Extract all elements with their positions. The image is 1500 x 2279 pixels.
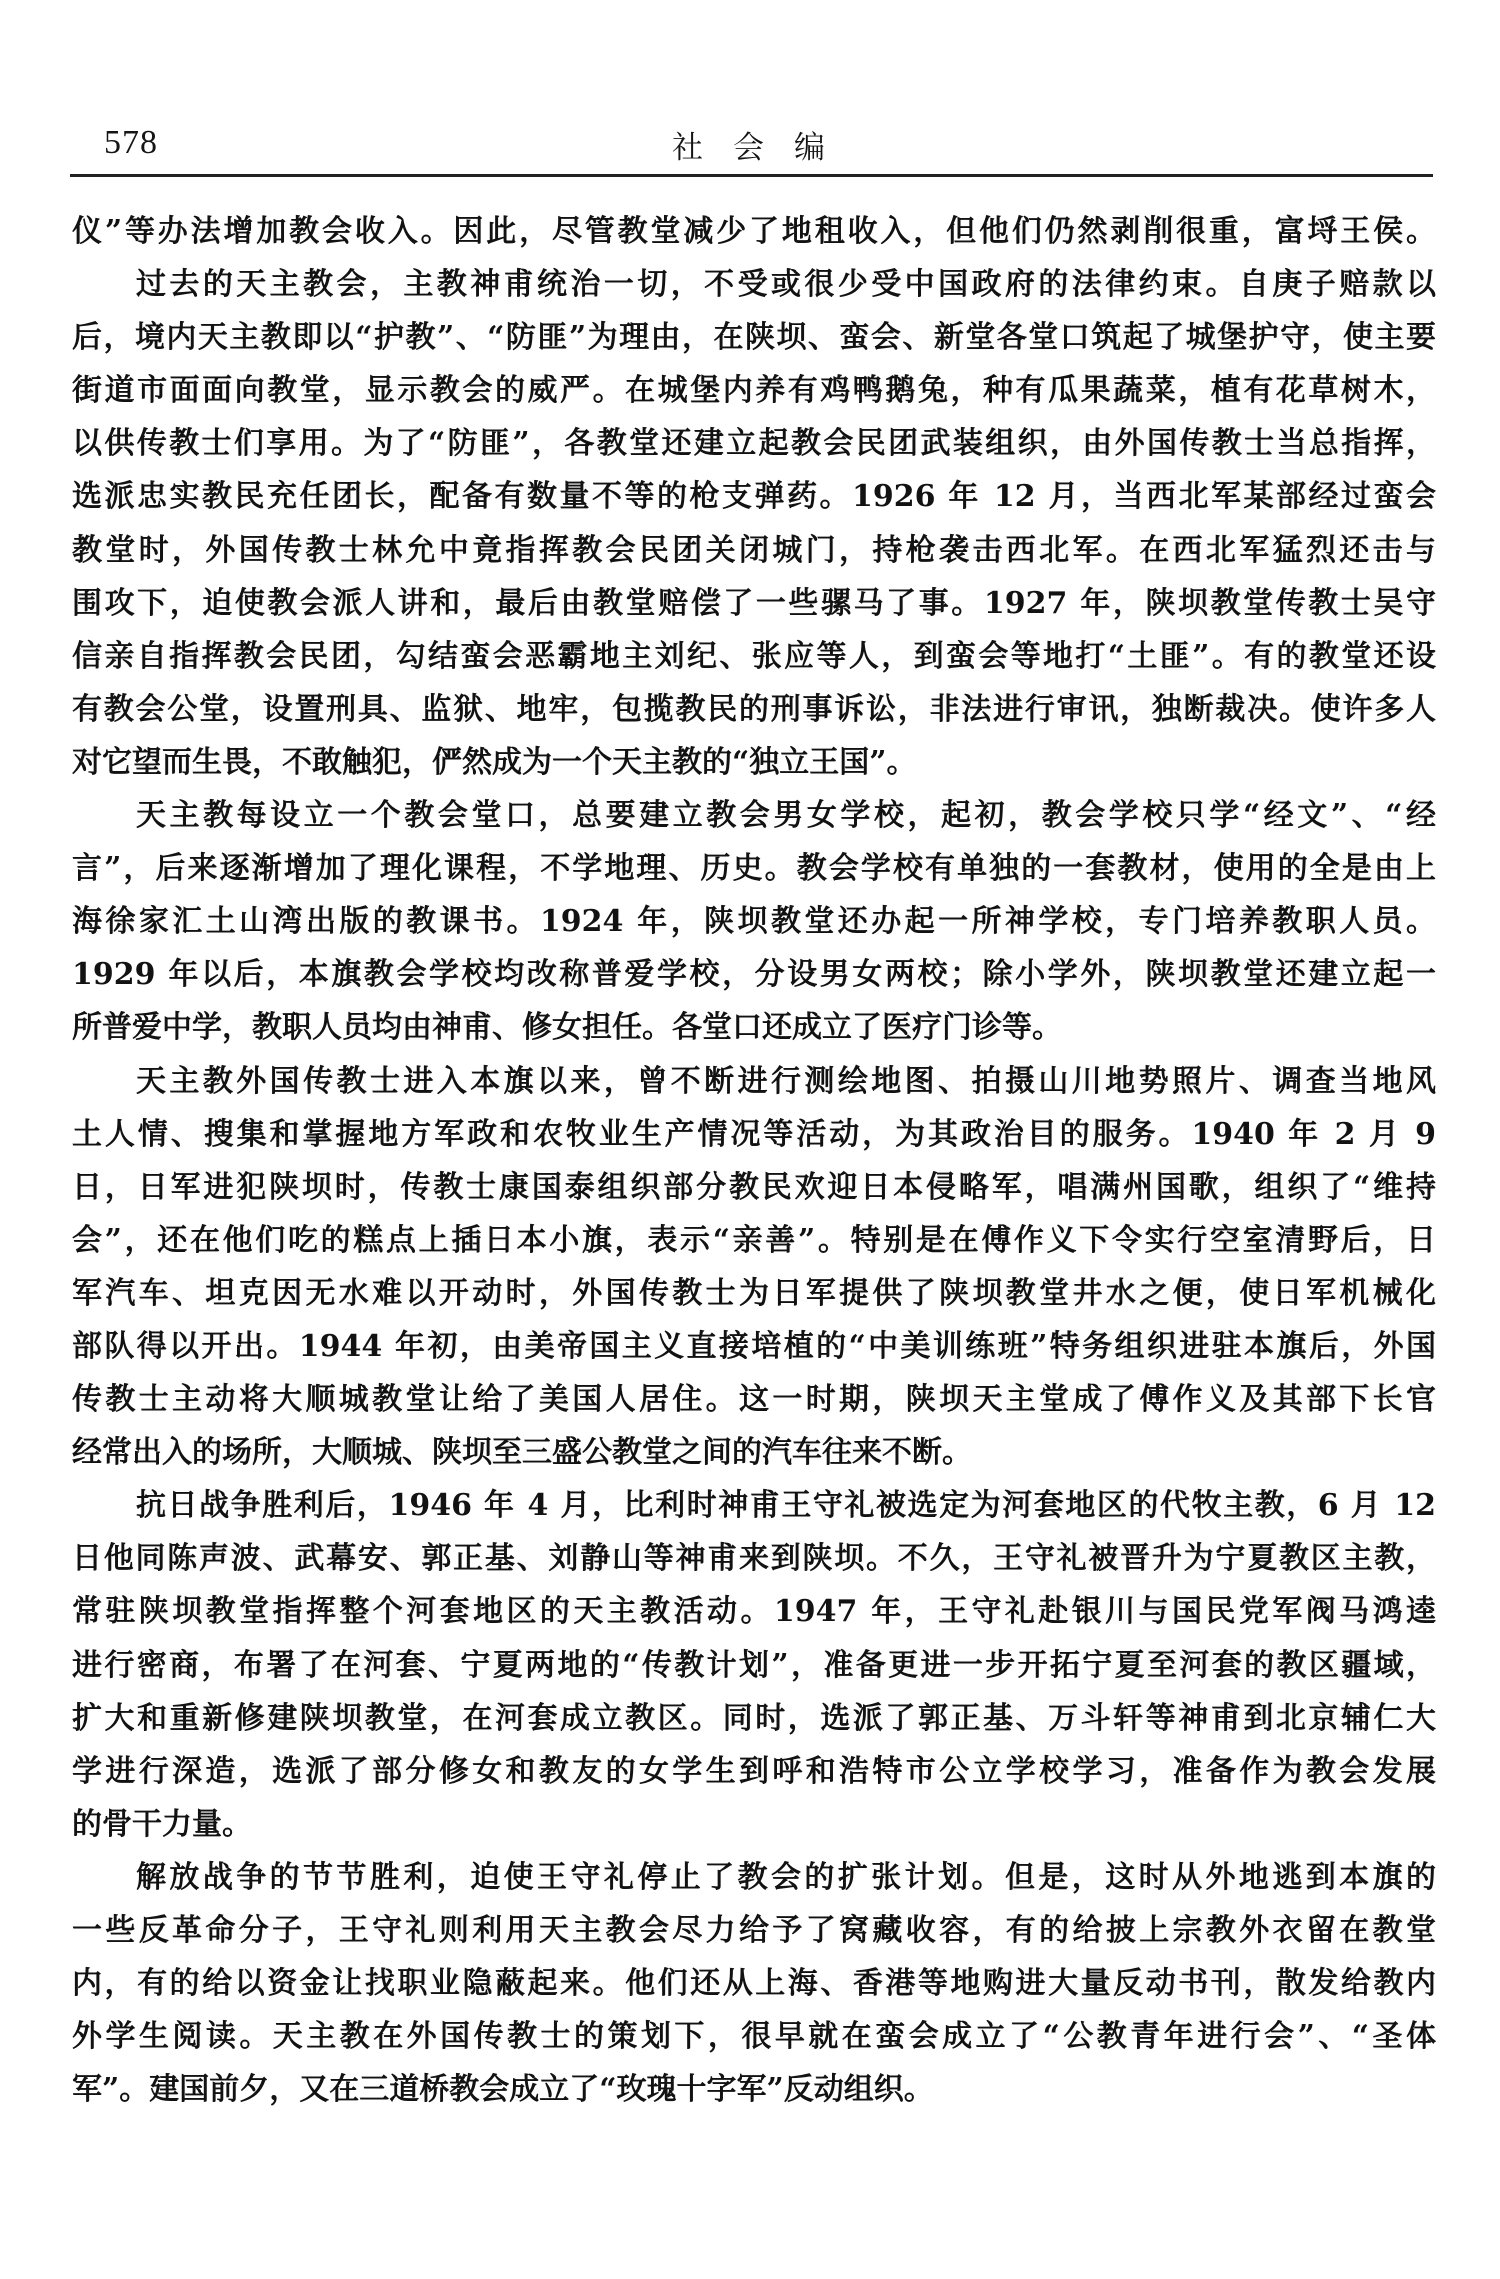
text-line: 1929 年以后，本旗教会学校均改称普爱学校，分设男女两校；除小学外，陕坝教堂还… xyxy=(72,948,1436,1001)
text-line: 抗日战争胜利后，1946 年 4 月，比利时神甫王守礼被选定为河套地区的代牧主教… xyxy=(72,1479,1436,1532)
paragraph: 天主教外国传教士进入本旗以来，曾不断进行测绘地图、拍摄山川地势照片、调查当地风土… xyxy=(72,1055,1436,1480)
text-line: 过去的天主教会，主教神甫统治一切，不受或很少受中国政府的法律约束。自庚子赔款以 xyxy=(72,258,1436,311)
text-line: 对它望而生畏，不敢触犯，俨然成为一个天主教的“独立王国”。 xyxy=(72,736,1436,789)
text-line: 进行密商，布署了在河套、宁夏两地的“传教计划”，准备更进一步开拓宁夏至河套的教区… xyxy=(72,1639,1436,1692)
text-line: 内，有的给以资金让找职业隐蔽起来。他们还从上海、香港等地购进大量反动书刊，散发给… xyxy=(72,1957,1436,2010)
text-line: 会”，还在他们吃的糕点上插日本小旗，表示“亲善”。特别是在傅作义下令实行空室清野… xyxy=(72,1214,1436,1267)
header-rule xyxy=(70,174,1433,177)
text-line: 常驻陕坝教堂指挥整个河套地区的天主教活动。1947 年，王守礼赴银川与国民党军阀… xyxy=(72,1585,1436,1638)
text-line: 以供传教士们享用。为了“防匪”，各教堂还建立起教会民团武装组织，由外国传教士当总… xyxy=(72,417,1436,470)
text-line: 天主教外国传教士进入本旗以来，曾不断进行测绘地图、拍摄山川地势照片、调查当地风 xyxy=(72,1055,1436,1108)
text-line: 土人情、搜集和掌握地方军政和农牧业生产情况等活动，为其政治目的服务。1940 年… xyxy=(72,1108,1436,1161)
text-line: 学进行深造，选派了部分修女和教友的女学生到呼和浩特市公立学校学习，准备作为教会发… xyxy=(72,1745,1436,1798)
paragraph: 解放战争的节节胜利，迫使王守礼停止了教会的扩张计划。但是，这时从外地逃到本旗的一… xyxy=(72,1851,1436,2116)
text-line: 日他同陈声波、武幕安、郭正基、刘静山等神甫来到陕坝。不久，王守礼被晋升为宁夏教区… xyxy=(72,1532,1436,1585)
text-line: 街道市面面向教堂，显示教会的威严。在城堡内养有鸡鸭鹅兔，种有瓜果蔬菜，植有花草树… xyxy=(72,364,1436,417)
text-line: 日，日军进犯陕坝时，传教士康国泰组织部分教民欢迎日本侵略军，唱满州国歌，组织了“… xyxy=(72,1161,1436,1214)
text-line: 信亲自指挥教会民团，勾结蛮会恶霸地主刘纪、张应等人，到蛮会等地打“土匪”。有的教… xyxy=(72,630,1436,683)
text-line: 军”。建国前夕，又在三道桥教会成立了“玫瑰十字军”反动组织。 xyxy=(72,2063,1436,2116)
text-line: 仪”等办法增加教会收入。因此，尽管教堂减少了地租收入，但他们仍然剥削很重，富埒王… xyxy=(72,205,1436,258)
text-line: 有教会公堂，设置刑具、监狱、地牢，包揽教民的刑事诉讼，非法进行审讯，独断裁决。使… xyxy=(72,683,1436,736)
body-text: 仪”等办法增加教会收入。因此，尽管教堂减少了地租收入，但他们仍然剥削很重，富埒王… xyxy=(72,205,1436,2116)
paragraph: 抗日战争胜利后，1946 年 4 月，比利时神甫王守礼被选定为河套地区的代牧主教… xyxy=(72,1479,1436,1851)
text-line: 所普爱中学，教职人员均由神甫、修女担任。各堂口还成立了医疗门诊等。 xyxy=(72,1001,1436,1054)
paragraph: 仪”等办法增加教会收入。因此，尽管教堂减少了地租收入，但他们仍然剥削很重，富埒王… xyxy=(72,205,1436,258)
text-line: 海徐家汇土山湾出版的教课书。1924 年，陕坝教堂还办起一所神学校，专门培养教职… xyxy=(72,895,1436,948)
text-line: 天主教每设立一个教会堂口，总要建立教会男女学校，起初，教会学校只学“经文”、“经 xyxy=(72,789,1436,842)
page-number: 578 xyxy=(104,124,158,162)
text-line: 围攻下，迫使教会派人讲和，最后由教堂赔偿了一些骡马了事。1927 年，陕坝教堂传… xyxy=(72,577,1436,630)
text-line: 解放战争的节节胜利，迫使王守礼停止了教会的扩张计划。但是，这时从外地逃到本旗的 xyxy=(72,1851,1436,1904)
paragraph: 天主教每设立一个教会堂口，总要建立教会男女学校，起初，教会学校只学“经文”、“经… xyxy=(72,789,1436,1054)
text-line: 经常出入的场所，大顺城、陕坝至三盛公教堂之间的汽车往来不断。 xyxy=(72,1426,1436,1479)
text-line: 的骨干力量。 xyxy=(72,1798,1436,1851)
text-line: 传教士主动将大顺城教堂让给了美国人居住。这一时期，陕坝天主堂成了傅作义及其部下长… xyxy=(72,1373,1436,1426)
text-line: 一些反革命分子，王守礼则利用天主教会尽力给予了窝藏收容，有的给披上宗教外衣留在教… xyxy=(72,1904,1436,1957)
running-title: 社会编 xyxy=(672,122,855,167)
text-line: 教堂时，外国传教士林允中竟指挥教会民团关闭城门，持枪袭击西北军。在西北军猛烈还击… xyxy=(72,524,1436,577)
text-line: 军汽车、坦克因无水难以开动时，外国传教士为日军提供了陕坝教堂井水之便，使日军机械… xyxy=(72,1267,1436,1320)
text-line: 部队得以开出。1944 年初，由美帝国主义直接培植的“中美训练班”特务组织进驻本… xyxy=(72,1320,1436,1373)
text-line: 言”，后来逐渐增加了理化课程，不学地理、历史。教会学校有单独的一套教材，使用的全… xyxy=(72,842,1436,895)
text-line: 后，境内天主教即以“护教”、“防匪”为理由，在陕坝、蛮会、新堂各堂口筑起了城堡护… xyxy=(72,311,1436,364)
paragraph: 过去的天主教会，主教神甫统治一切，不受或很少受中国政府的法律约束。自庚子赔款以后… xyxy=(72,258,1436,789)
text-line: 扩大和重新修建陕坝教堂，在河套成立教区。同时，选派了郭正基、万斗轩等神甫到北京辅… xyxy=(72,1692,1436,1745)
text-line: 外学生阅读。天主教在外国传教士的策划下，很早就在蛮会成立了“公教青年进行会”、“… xyxy=(72,2010,1436,2063)
text-line: 选派忠实教民充任团长，配备有数量不等的枪支弹药。1926 年 12 月，当西北军… xyxy=(72,470,1436,523)
